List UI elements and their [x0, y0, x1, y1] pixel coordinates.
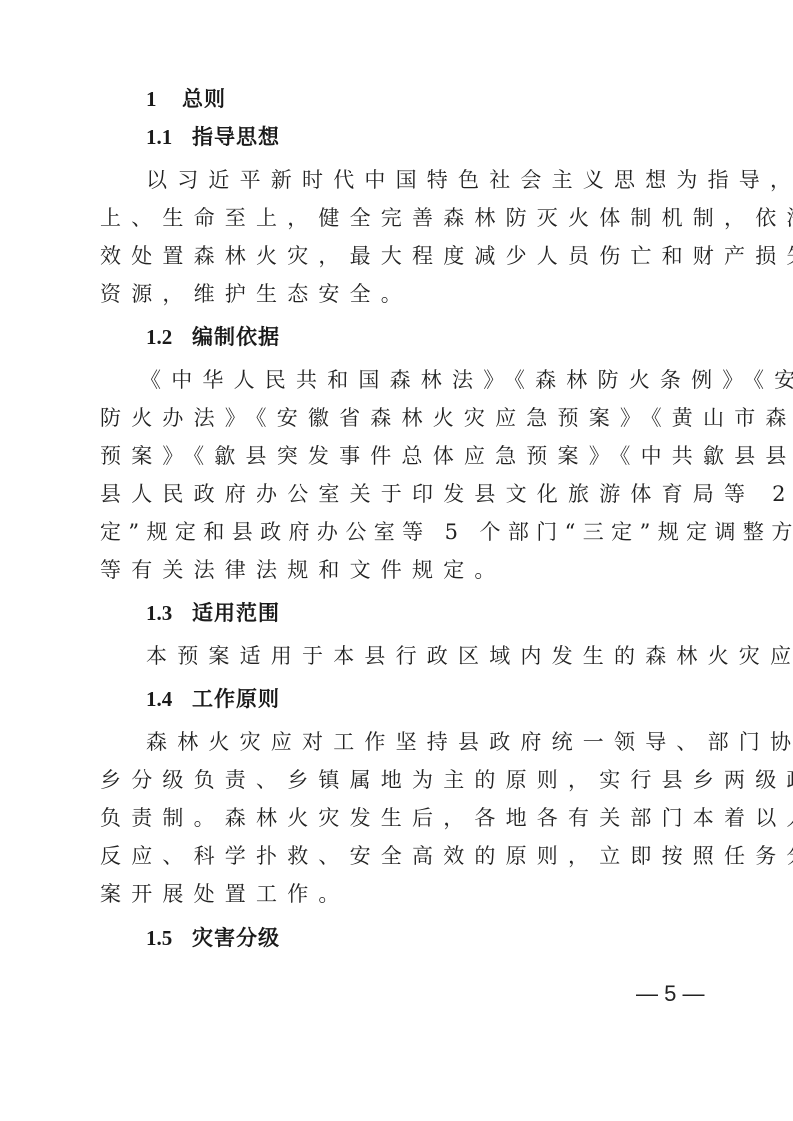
section-number: 1.5: [146, 925, 192, 951]
paragraph-line: 等有关法律法规和文件规定。: [100, 557, 506, 583]
paragraph-line: 反应、科学扑救、安全高效的原则，立即按照任务分工和相关预: [100, 843, 793, 869]
section-title: 工作原则: [192, 687, 280, 711]
paragraph-line: 县人民政府办公室关于印发县文化旅游体育局等 20 个部门“三: [100, 481, 793, 507]
paragraph-line: 预案》《歙县突发事件总体应急预案》《中共歙县县委办公室 歙: [100, 443, 793, 469]
paragraph-line: 案开展处置工作。: [100, 881, 350, 907]
section-number: 1.4: [146, 686, 192, 712]
section-title: 灾害分级: [192, 926, 280, 950]
page-number: — 5 —: [636, 981, 704, 1007]
paragraph-line: 以习近平新时代中国特色社会主义思想为指导，坚持人民至: [146, 167, 793, 193]
paragraph-line: 《中华人民共和国森林法》《森林防火条例》《安徽省森林: [140, 367, 793, 393]
paragraph-line: 效处置森林火灾，最大程度减少人员伤亡和财产损失，保护森林: [100, 243, 793, 269]
paragraph-line: 防火办法》《安徽省森林火灾应急预案》《黄山市森林火灾应急: [100, 405, 793, 431]
paragraph-line: 上、生命至上，健全完善森林防灭火体制机制，依法有力有序有: [100, 205, 793, 231]
section-title: 指导思想: [192, 125, 280, 149]
section-heading-1: 1总则: [146, 86, 226, 112]
section-heading-1-2: 1.2编制依据: [146, 324, 280, 350]
section-heading-1-4: 1.4工作原则: [146, 686, 280, 712]
paragraph-line: 森林火灾应对工作坚持县政府统一领导、部门协调联动，县: [146, 729, 793, 755]
paragraph-line: 资源，维护生态安全。: [100, 281, 412, 307]
section-title: 总则: [182, 87, 226, 111]
section-heading-1-5: 1.5灾害分级: [146, 925, 280, 951]
paragraph-line: 负责制。森林火灾发生后，各地各有关部门本着以人为本、快速: [100, 805, 793, 831]
paragraph-line: 定”规定和县政府办公室等 5 个部门“三定”规定调整方案的通知》: [100, 519, 793, 545]
section-number: 1.2: [146, 324, 192, 350]
section-number: 1.1: [146, 124, 192, 150]
section-number: 1.3: [146, 600, 192, 626]
section-heading-1-3: 1.3适用范围: [146, 600, 280, 626]
section-number: 1: [146, 86, 182, 112]
paragraph-line: 本预案适用于本县行政区域内发生的森林火灾应对工作。: [146, 643, 793, 669]
section-title: 编制依据: [192, 325, 280, 349]
section-title: 适用范围: [192, 601, 280, 625]
section-heading-1-1: 1.1指导思想: [146, 124, 280, 150]
paragraph-line: 乡分级负责、乡镇属地为主的原则，实行县乡两级政府行政首长: [100, 767, 793, 793]
